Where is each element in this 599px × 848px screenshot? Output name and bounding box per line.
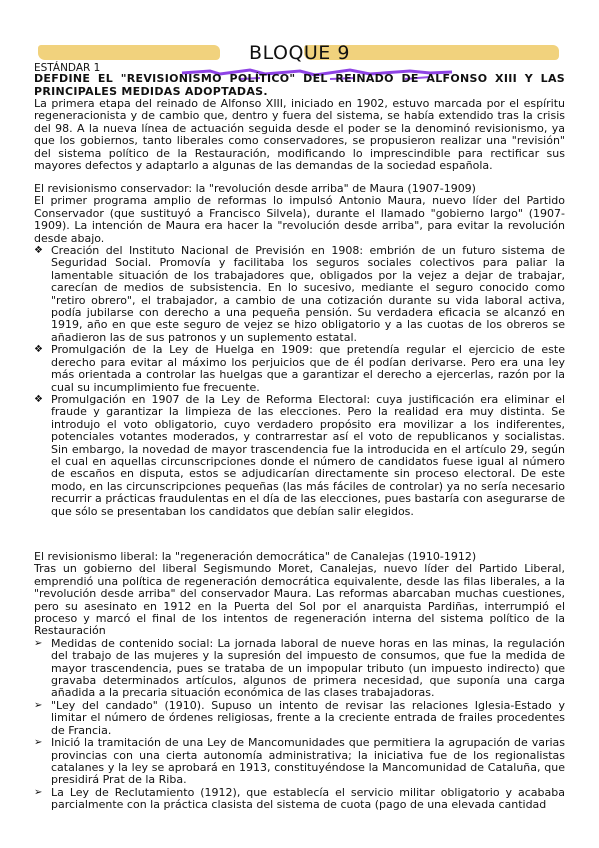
list-item: ➢Inició la tramitación de una Ley de Man… <box>34 737 565 787</box>
list-item: ❖Promulgación de la Ley de Huelga en 190… <box>34 344 565 394</box>
intro-section: La primera etapa del reinado de Alfonso … <box>34 98 565 172</box>
intro-paragraph: La primera etapa del reinado de Alfonso … <box>34 98 565 172</box>
arrow-bullet-icon: ➢ <box>34 700 42 712</box>
diamond-bullet-icon: ❖ <box>34 394 43 406</box>
arrow-bullet-icon: ➢ <box>34 737 42 749</box>
liberal-paragraph: Tras un gobierno del liberal Segismundo … <box>34 563 565 637</box>
title-banner: BLOQUE 9 <box>34 41 565 67</box>
conservative-paragraph: El primer programa amplio de reformas lo… <box>34 195 565 245</box>
list-item: ➢"Ley del candado" (1910). Supuso un int… <box>34 700 565 737</box>
liberal-section: El revisionismo liberal: la "regeneració… <box>34 551 565 812</box>
list-item: ❖Promulgación en 1907 de la Ley de Refor… <box>34 394 565 518</box>
list-item: ➢La Ley de Reclutamiento (1912), que est… <box>34 787 565 812</box>
list-item: ➢Medidas de contenido social: La jornada… <box>34 638 565 700</box>
question-heading: DEFDINE EL "REVISIONISMO POLÍTICO" DEL R… <box>34 72 565 98</box>
liberal-list: ➢Medidas de contenido social: La jornada… <box>34 638 565 812</box>
conservative-list: ❖Creación del Instituto Nacional de Prev… <box>34 245 565 518</box>
arrow-bullet-icon: ➢ <box>34 638 42 650</box>
arrow-bullet-icon: ➢ <box>34 787 42 799</box>
diamond-bullet-icon: ❖ <box>34 245 43 257</box>
list-item: ❖Creación del Instituto Nacional de Prev… <box>34 245 565 344</box>
conservative-section: El revisionismo conservador: la "revoluc… <box>34 183 565 518</box>
diamond-bullet-icon: ❖ <box>34 344 43 356</box>
page-title: BLOQUE 9 <box>34 41 565 65</box>
